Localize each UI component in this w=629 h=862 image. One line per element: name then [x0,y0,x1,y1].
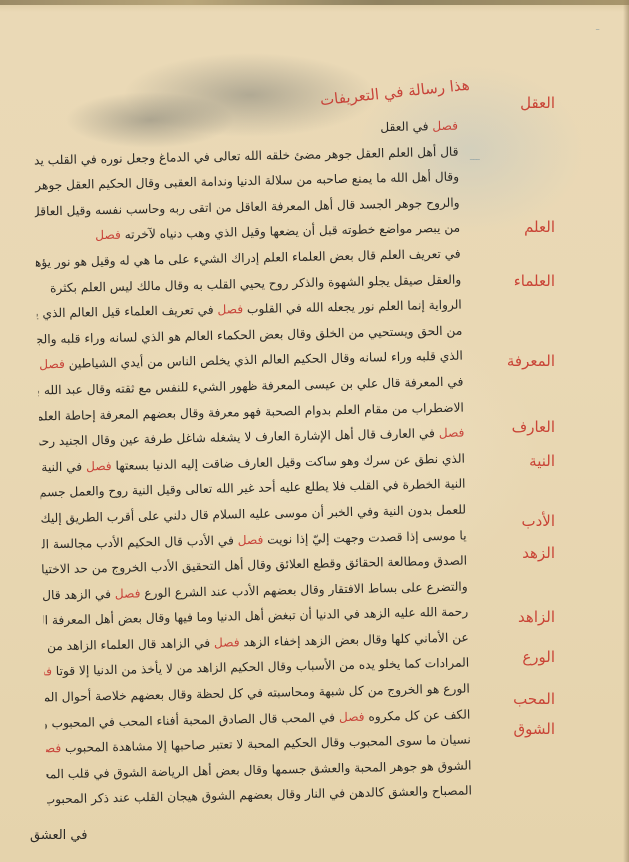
text-segment: والتضرع على بساط الافتقار وقال بعضهم الأ… [140,579,467,600]
margin-note: المعرفة [475,352,555,370]
text-segment: الكف عن كل مكروه [364,707,470,723]
text-segment: قال أهل العلم العقل جوهر مضئ خلقه الله ت… [33,144,458,168]
margin-note: الورع [475,648,555,666]
text-segment: في العقل [380,119,432,134]
margin-note: العارف [475,418,555,436]
manuscript-page: هذا رسالة في التعريفات فصل في العقلقال أ… [0,0,629,862]
text-segment: في تعريف العلماء قيل العالم الذي يخاف [37,303,218,321]
text-segment: رحمة الله عليه الزهد في الدنيا أن تبغض أ… [43,605,468,629]
margin-note: الزهد [475,544,555,562]
text-segment: في الزاهد قال العلماء الزاهد من يخلو قلب… [44,636,215,655]
text-segment: في الزهد قال حسن البصري [42,587,115,604]
section-marker: فصل [439,426,465,441]
text-segment: في الأدب قال الحكيم الأدب مجالسة الحق عل… [41,533,237,553]
text-segment: عن الأماني كلها وقال بعض الزهد إخفاء الز… [239,630,468,649]
section-marker: فصل [46,741,62,756]
section-marker: فصل [238,532,264,547]
text-segment: النية الخطرة في القلب فلا يطلع عليه أحد … [40,477,465,501]
text-segment: في تعريف العلم قال بعض العلماء العلم إدر… [35,247,460,271]
manuscript-title: هذا رسالة في التعريفات [270,76,471,115]
catchword: في العشق [30,828,87,843]
faint-edge-marks: ـ [596,20,599,33]
section-marker: فصل [432,119,458,134]
text-segment: للعمل بدون النية وفي الخبر أن موسى عليه … [41,502,466,527]
text-segment: في المحب قال الصادق المحبة أفناء المحب ف… [45,710,339,732]
margin-note: النية [475,452,555,470]
text-segment: في العارف قال أهل الإشارة العارف لا يشغل… [39,426,439,450]
section-marker: فصل [115,586,141,601]
text-segment: الرواية إنما العلم نور يجعله الله في الق… [243,298,462,317]
text-segment: الصدق ومطالعة الحقائق وقطع العلائق وقال … [42,554,467,577]
text-segment: الاضطراب من مقام العلم بدوام الصحبة فهو … [39,400,464,424]
margin-note: الزاهد [475,608,555,626]
margin-note: الأدب [475,512,555,530]
margin-note: العلماء [475,272,555,290]
text-segment: الذي نطق عن سرك وهو ساكت وقيل العارف ضاق… [112,451,466,472]
text-segment: من يبصر مواضع خطوته قبل أن يضعها وقيل ال… [121,221,461,242]
page-right-edge [623,0,629,862]
text-segment: يا موسى إذا قصدت وجهت إليّ إذا نويت [263,528,467,546]
text-segment: نسيان ما سوى المحبوب وقال الحكيم المحبة … [61,733,471,756]
margin-note: الشوق [475,720,555,738]
text-segment: من الحق ويستحيي من الخلق وقال بعض الحكما… [37,323,462,346]
section-marker: فصل [339,709,365,724]
page-top-edge [0,0,629,5]
section-marker: فصل [95,228,121,243]
faint-offset-text: ـــ [470,150,480,163]
text-segment: في المعرفة قال علي بن عيسى المعرفة ظهور … [38,375,463,400]
manuscript-body: فصل في العقلقال أهل العلم العقل جوهر مضئ… [33,114,472,814]
margin-note: المحب [475,690,555,708]
margin-note: العقل [475,94,555,112]
section-marker: فصل [217,302,243,317]
text-segment: والروح جوهر الجسد قال أهل المعرفة العاقل… [34,195,459,218]
text-segment: المصباح والعشق كالدهن في النار وقال بعضه… [47,784,472,807]
section-marker: فصل [86,459,112,474]
text-segment: الشوق هو جوهر المحبة والعشق جسمها وقال ب… [46,758,471,783]
text-segment: الذي قلبه وراء لسانه وقال الحكيم العالم … [65,349,463,371]
section-marker: فصل [39,357,65,372]
text-segment: المرادات كما يخلو يده من الأسباب وقال ال… [52,656,470,679]
text-segment: في النية قال الحكيم [40,459,86,475]
text-segment: وقال أهل الله ما يمنع صاحبه من سلالة الد… [34,170,459,194]
margin-note: العلم [475,218,555,236]
text-segment: والعقل صيقل يجلو الشهوة والذكر روح يحيي … [50,272,461,295]
section-marker: فصل [214,635,240,650]
